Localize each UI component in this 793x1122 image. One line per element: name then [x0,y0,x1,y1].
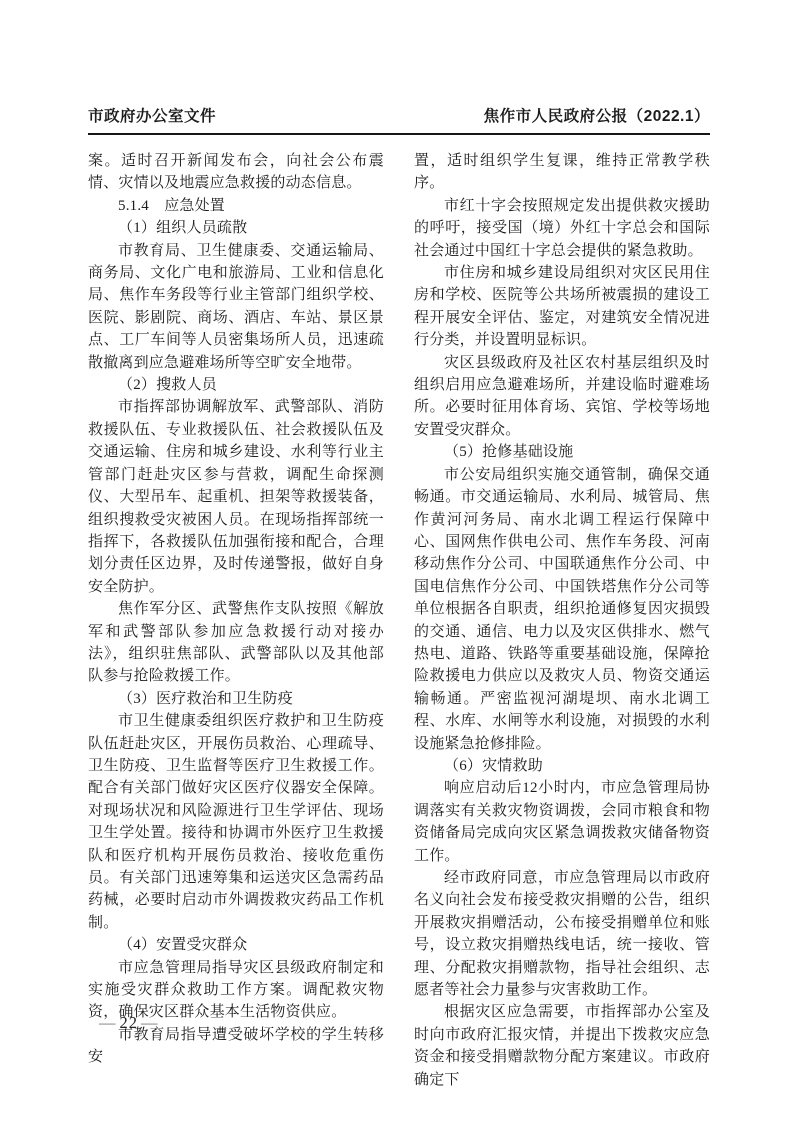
paragraph-continuation: 置，适时组织学生复课，维持正常教学秩序。 [414,150,710,195]
paragraph: 市卫生健康委组织医疗救护和卫生防疫队伍赶赴灾区，开展伤员救治、心理疏导、卫生防疫… [88,710,384,934]
paragraph: 灾区县级政府及社区农村基层组织及时组织启用应急避难场所，并建设临时避难场所。必要… [414,352,710,442]
left-column: 案。适时召开新闻发布会，向社会公布震情、灾情以及地震应急救援的动态信息。5.1.… [88,150,384,1091]
paragraph: 根据灾区应急需要，市指挥部办公室及时向市政府汇报灾情，并提出下拨救灾应急资金和接… [414,1001,710,1091]
paragraph: 市教育局、卫生健康委、交通运输局、商务局、文化广电和旅游局、工业和信息化局、焦作… [88,240,384,374]
item-heading: （4）安置受灾群众 [88,934,384,956]
header-left-title: 市政府办公室文件 [88,104,216,126]
section-heading: 5.1.4 应急处置 [88,195,384,217]
paragraph: 响应启动后12小时内，市应急管理局协调落实有关救灾物资调拨，会同市粮食和物资储备… [414,777,710,867]
footer-dash-right: — [141,1013,159,1032]
paragraph: 市红十字会按照规定发出提供救灾援助的呼吁，接受国（境）外红十字总会和国际社会通过… [414,195,710,262]
footer-dash-left: — [99,1013,117,1032]
page-header: 市政府办公室文件 焦作市人民政府公报（2022.1） [88,104,710,135]
paragraph: 市公安局组织实施交通管制，确保交通畅通。市交通运输局、水利局、城管局、焦作黄河河… [414,464,710,755]
paragraph: 市住房和城乡建设局组织对灾区民用住房和学校、医院等公共场所被震损的建设工程开展安… [414,262,710,352]
paragraph: 经市政府同意，市应急管理局以市政府名义向社会发布接受救灾捐赠的公告，组织开展救灾… [414,867,710,1001]
item-heading: （1）组织人员疏散 [88,217,384,239]
item-heading: （5）抢修基础设施 [414,441,710,463]
item-heading: （6）灾情救助 [414,755,710,777]
header-right-title: 焦作市人民政府公报（2022.1） [484,104,710,126]
paragraph: 焦作军分区、武警焦作支队按照《解放军和武警部队参加应急救援行动对接办法》，组织驻… [88,598,384,688]
item-heading: （2）搜救人员 [88,374,384,396]
paragraph: 市指挥部协调解放军、武警部队、消防救援队伍、专业救援队伍、社会救援队伍及交通运输… [88,396,384,598]
paragraph-continuation: 案。适时召开新闻发布会，向社会公布震情、灾情以及地震应急救援的动态信息。 [88,150,384,195]
page-footer: —22— [99,1013,159,1033]
page-number: 22 [117,1013,142,1032]
right-column: 置，适时组织学生复课，维持正常教学秩序。市红十字会按照规定发出提供救灾援助的呼吁… [414,150,710,1091]
item-heading: （3）医疗救治和卫生防疫 [88,688,384,710]
document-body: 案。适时召开新闻发布会，向社会公布震情、灾情以及地震应急救援的动态信息。5.1.… [88,150,710,1091]
gazette-page: { "header": { "left": "市政府办公室文件", "right… [0,0,793,1122]
